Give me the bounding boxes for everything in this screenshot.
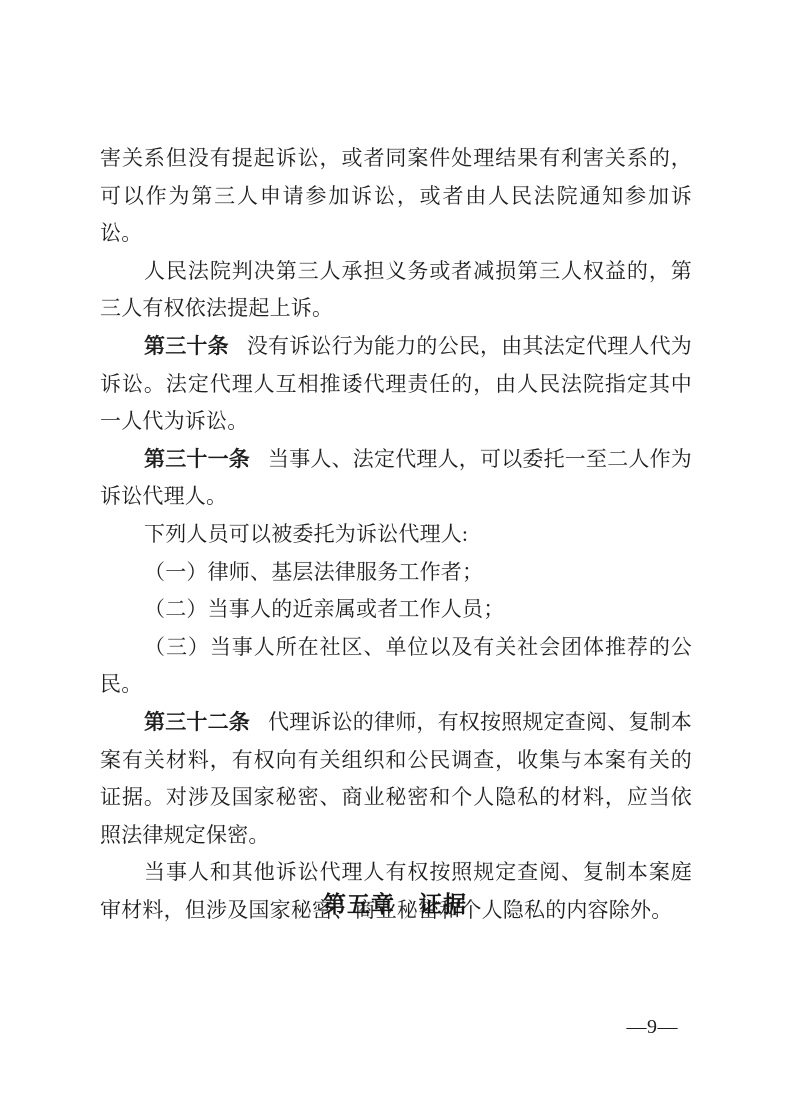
chapter-heading: 第五章 证据	[0, 886, 790, 919]
paragraph-text: （二）当事人的近亲属或者工作人员；	[144, 597, 504, 621]
document-page: 害关系但没有提起诉讼，或者同案件处理结果有利害关系的，可以作为第三人申请参加诉讼…	[0, 0, 790, 1118]
paragraph-text: 人民法院判决第三人承担义务或者减损第三人权益的，第三人有权依法提起上诉。	[100, 259, 692, 321]
list-item-1: （一）律师、基层法律服务工作者；	[100, 554, 692, 592]
document-body: 害关系但没有提起诉讼，或者同案件处理结果有利害关系的，可以作为第三人申请参加诉讼…	[100, 140, 692, 929]
page-number: —9—	[627, 1016, 679, 1039]
article-number: 第三十条	[144, 335, 229, 358]
paragraph-text: （三）当事人所在社区、单位以及有关社会团体推荐的公民。	[100, 635, 692, 697]
paragraph: 害关系但没有提起诉讼，或者同案件处理结果有利害关系的，可以作为第三人申请参加诉讼…	[100, 140, 692, 253]
paragraph-text: （一）律师、基层法律服务工作者；	[144, 560, 483, 584]
paragraph-text: 害关系但没有提起诉讼，或者同案件处理结果有利害关系的，可以作为第三人申请参加诉讼…	[100, 146, 692, 245]
list-item-2: （二）当事人的近亲属或者工作人员；	[100, 591, 692, 629]
article-number: 第三十一条	[144, 448, 250, 471]
paragraph-text: 下列人员可以被委托为诉讼代理人:	[144, 522, 468, 546]
list-item-3: （三）当事人所在社区、单位以及有关社会团体推荐的公民。	[100, 629, 692, 704]
paragraph: 人民法院判决第三人承担义务或者减损第三人权益的，第三人有权依法提起上诉。	[100, 253, 692, 328]
paragraph-article-32: 第三十二条代理诉讼的律师，有权按照规定查阅、复制本案有关材料，有权向有关组织和公…	[100, 704, 692, 854]
paragraph-article-30: 第三十条没有诉讼行为能力的公民，由其法定代理人代为诉讼。法定代理人互相推诿代理责…	[100, 328, 692, 441]
article-number: 第三十二条	[144, 711, 250, 734]
paragraph-article-31: 第三十一条当事人、法定代理人，可以委托一至二人作为诉讼代理人。	[100, 441, 692, 516]
paragraph: 下列人员可以被委托为诉讼代理人:	[100, 516, 692, 554]
